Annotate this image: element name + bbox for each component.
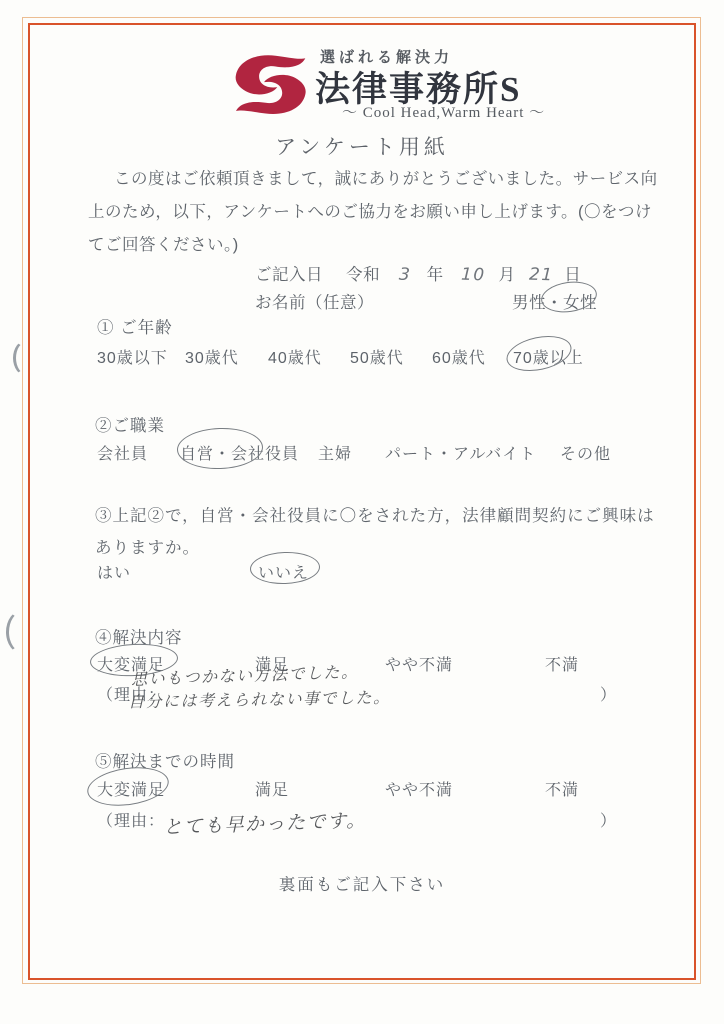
year-suffix: 年 bbox=[427, 261, 444, 285]
question-2-option-parttime: パート・アルバイト bbox=[385, 441, 536, 464]
question-2-option-housewife: 主婦 bbox=[318, 441, 352, 464]
question-4-option-dissatisfied: 不満 bbox=[545, 652, 579, 675]
question-2-option-employee: 会社員 bbox=[97, 441, 148, 464]
question-2-option-other: その他 bbox=[560, 441, 611, 464]
question-1-option-60s: 60歳代 bbox=[432, 345, 486, 368]
question-4-option-slightlydissatisfied: やや不満 bbox=[385, 652, 453, 675]
intro-line-2: 上のため，以下，アンケートへのご協力をお願い申し上げます。(〇をつけ bbox=[88, 198, 652, 222]
scanned-survey-page: 選ばれる解決力 法律事務所S ～ Cool Head,Warm Heart ～ … bbox=[0, 0, 724, 1024]
punch-hole-mark bbox=[6, 610, 39, 654]
month-handwritten-value: 10 bbox=[460, 265, 485, 286]
intro-line-1: この度はご依頼頂きまして，誠にありがとうございました。サービス向 bbox=[114, 165, 658, 189]
intro-line-3: てご回答ください。) bbox=[88, 231, 239, 255]
question-3-title-line1: ③上記②で，自営・会社役員に〇をされた方，法律顧問契約にご興味は bbox=[95, 502, 655, 526]
question-5-reason-handwritten: とても早かったです。 bbox=[163, 805, 367, 839]
selection-circle-advisor bbox=[249, 551, 320, 585]
question-5-option-satisfied: 満足 bbox=[255, 777, 289, 800]
punch-hole-mark bbox=[13, 340, 40, 376]
form-title: アンケート用紙 bbox=[0, 131, 724, 161]
question-5-reason-close: ） bbox=[600, 808, 617, 831]
question-4-reason-close: ） bbox=[600, 682, 617, 705]
logo-s-swirl-icon bbox=[226, 50, 312, 116]
question-5-reason-label: （理由： bbox=[97, 808, 165, 831]
question-1-title: ① ご年齢 bbox=[97, 314, 173, 338]
question-1-option-50s: 50歳代 bbox=[350, 345, 404, 368]
question-5-title: ⑤解決までの時間 bbox=[95, 748, 235, 772]
year-handwritten-value: 3 bbox=[399, 265, 413, 286]
selection-circle-age bbox=[503, 330, 574, 376]
footer-note: 裏面もご記入下さい bbox=[0, 871, 724, 895]
question-1-option-40s: 40歳代 bbox=[268, 345, 322, 368]
question-1-option-30s: 30歳代 bbox=[185, 345, 239, 368]
firm-motto: ～ Cool Head,Warm Heart ～ bbox=[342, 101, 545, 122]
question-1-option-under30: 30歳以下 bbox=[97, 345, 168, 368]
day-handwritten-value: 21 bbox=[528, 265, 553, 286]
era-label: 令和 bbox=[346, 261, 380, 285]
page-border-outer bbox=[22, 17, 701, 984]
question-5-option-slightlydissatisfied: やや不満 bbox=[385, 777, 453, 800]
month-suffix: 月 bbox=[498, 261, 515, 285]
question-3-title-line2: ありますか。 bbox=[95, 534, 200, 558]
question-3-option-yes: はい bbox=[97, 560, 131, 583]
entry-date-row: ご記入日 令和 3 年 10 月 21 日 bbox=[255, 261, 581, 285]
question-2-title: ②ご職業 bbox=[95, 412, 165, 436]
name-label: お名前（任意） bbox=[255, 289, 374, 313]
question-4-reason-handwritten-2: 自分には考えられない事でした。 bbox=[128, 685, 391, 713]
date-label: ご記入日 bbox=[255, 261, 323, 285]
question-5-option-dissatisfied: 不満 bbox=[545, 777, 579, 800]
